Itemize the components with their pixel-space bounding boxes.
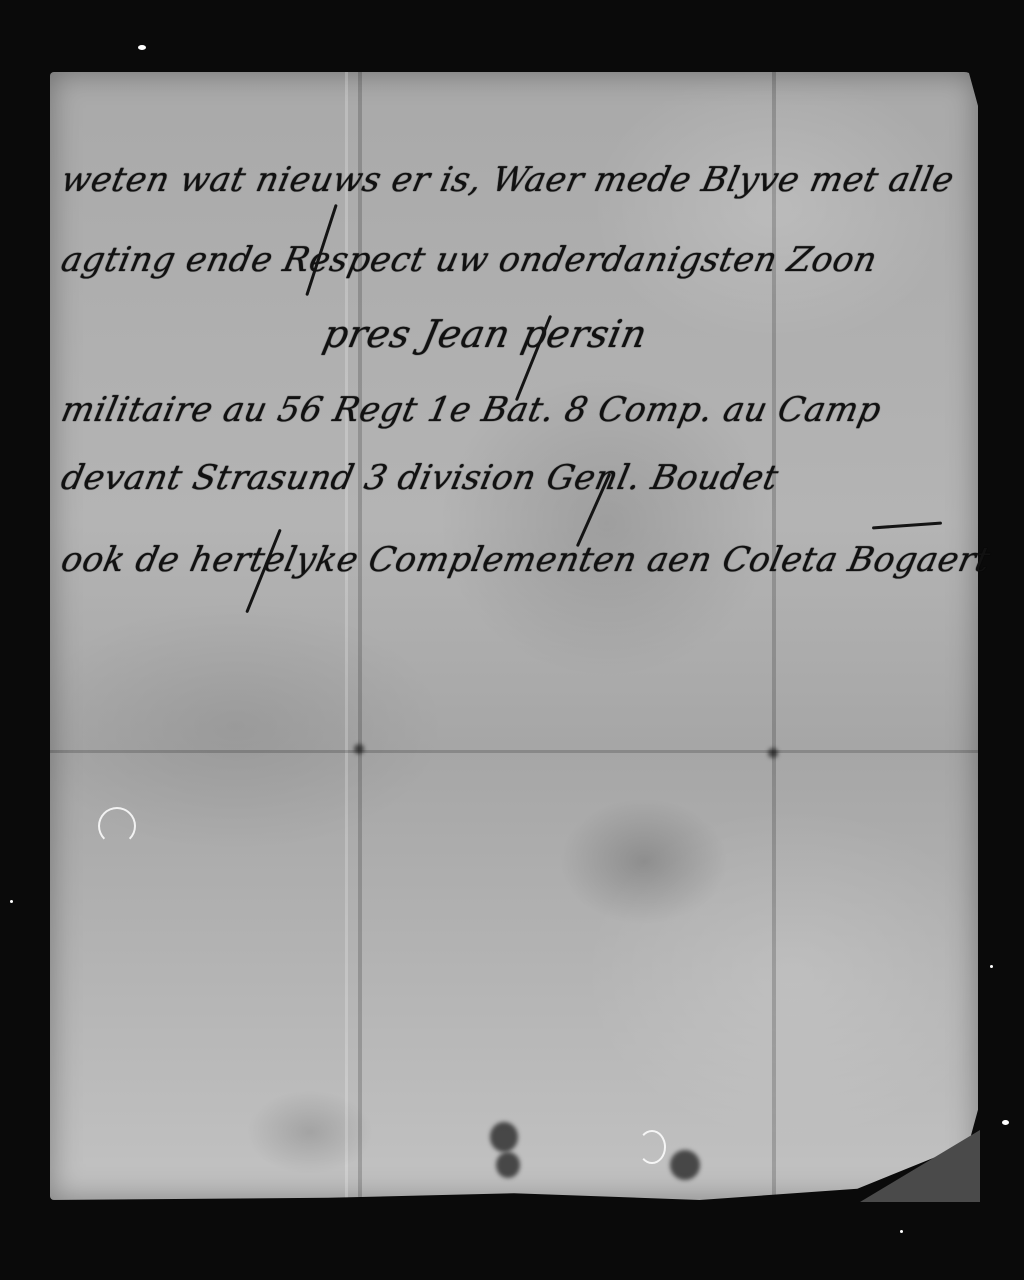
dust-speck [900,1230,903,1233]
ink-spot [354,744,364,754]
scan-artifact [638,1130,666,1164]
scan-artifact [98,807,136,845]
letter-line-2: agting ende Respect uw onderdanigsten Zo… [58,240,881,280]
ink-spot [768,748,778,758]
dust-speck [1002,1120,1009,1125]
letter-line-4: militaire au 56 Regt 1e Bat. 8 Comp. au … [58,390,885,430]
ink-stain [490,1122,518,1152]
ink-stain [670,1150,700,1180]
fold-line-horizontal [50,750,978,753]
letter-line-1: weten wat nieuws er is, Waer mede Blyve … [58,160,958,200]
dust-speck [990,965,993,968]
letter-line-5: devant Strasund 3 division Genl. Boudet [58,458,782,498]
dust-speck [10,900,13,903]
signature-line: pres Jean persin [319,312,651,356]
dust-speck [138,45,146,50]
letter-line-6: ook de hertelyke Complementen aen Coleta… [58,540,994,580]
ink-stain [496,1152,520,1178]
